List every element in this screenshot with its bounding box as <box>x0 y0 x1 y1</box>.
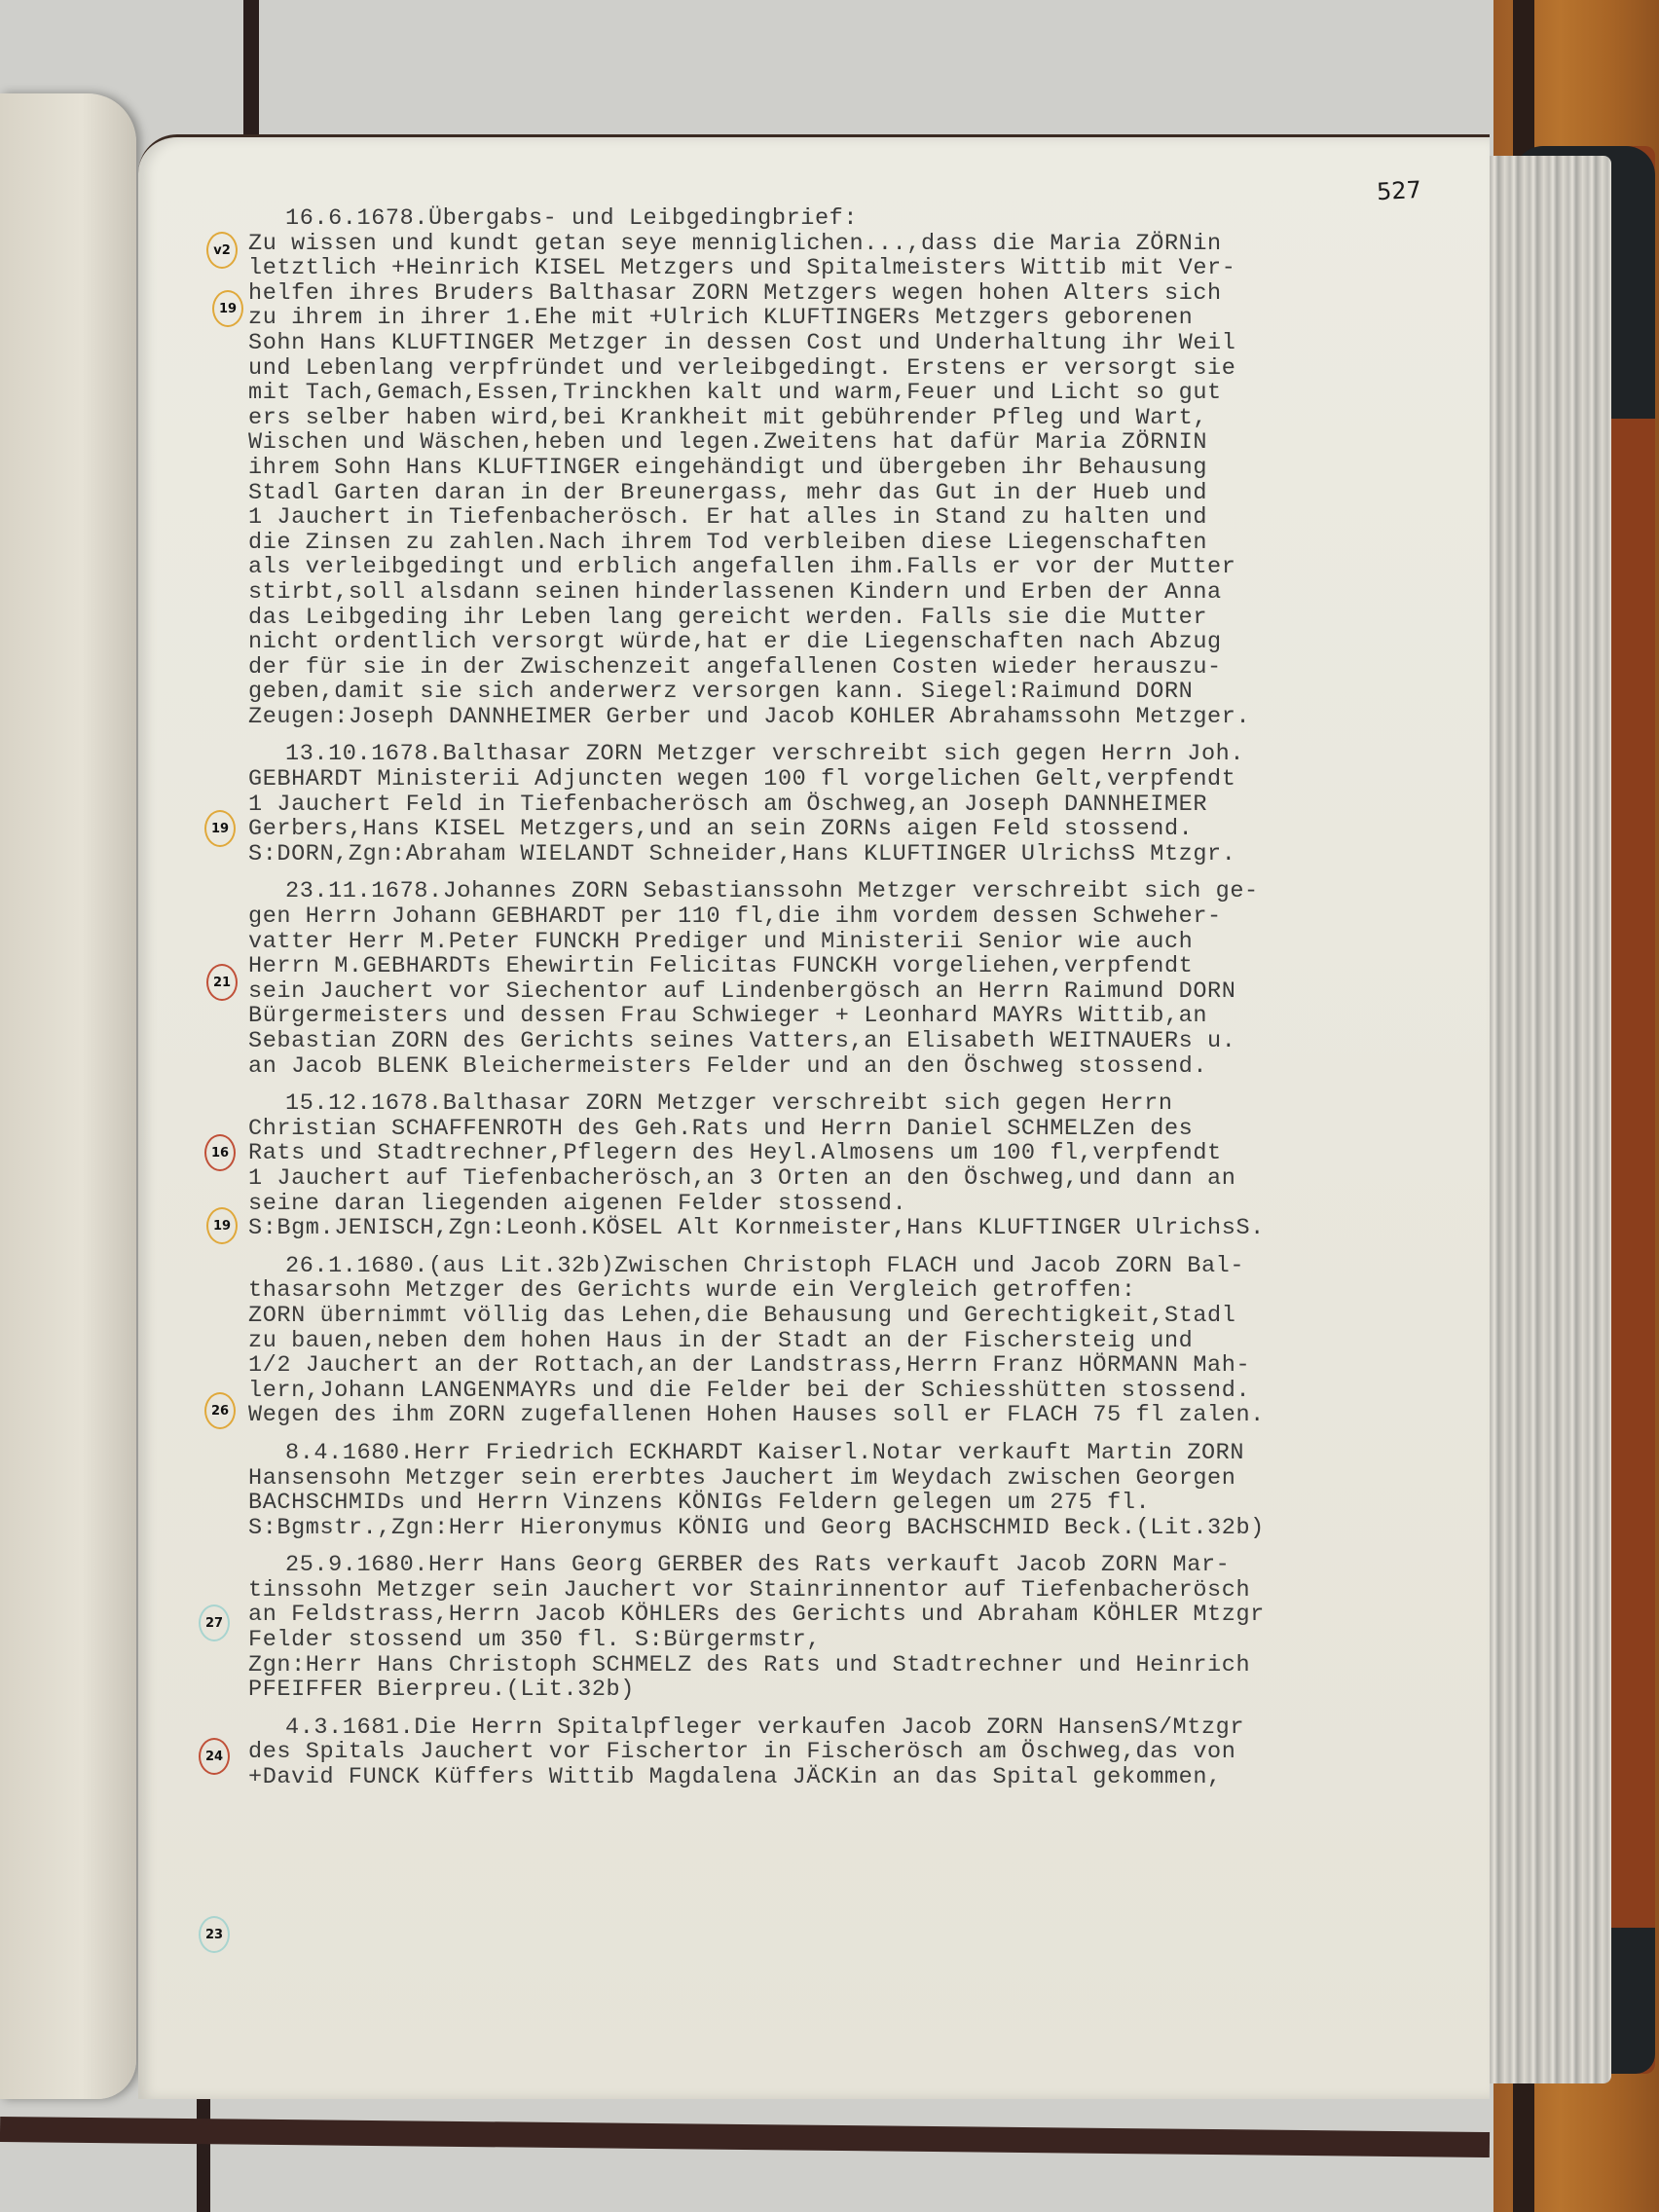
text-line: Sebastian ZORN des Gerichts seines Vatte… <box>248 1029 1475 1054</box>
entry-1680-09-25: 25.9.1680.Herr Hans Georg GERBER des Rat… <box>248 1553 1475 1703</box>
text-line: nicht ordentlich versorgt würde,hat er d… <box>248 630 1475 655</box>
text-line: S:Bgmstr.,Zgn:Herr Hieronymus KÖNIG und … <box>248 1516 1475 1541</box>
text-line: der für sie in der Zwischenzeit angefall… <box>248 655 1475 681</box>
margin-marker: 24 <box>199 1738 230 1775</box>
text-line: 1/2 Jauchert an der Rottach,an der Lands… <box>248 1353 1475 1379</box>
text-line: gen Herrn Johann GEBHARDT per 110 fl,die… <box>248 904 1475 930</box>
book-page-edges <box>1485 156 1611 2083</box>
text-line: thasarsohn Metzger des Gerichts wurde ei… <box>248 1278 1475 1304</box>
text-line: 1 Jauchert auf Tiefenbacherösch,an 3 Ort… <box>248 1166 1475 1192</box>
text-line: als verleibgedingt und erblich angefalle… <box>248 555 1475 580</box>
margin-marker: 23 <box>199 1916 230 1953</box>
margin-marker: 21 <box>206 964 238 1001</box>
entry-heading: 13.10.1678.Balthasar ZORN Metzger versch… <box>248 742 1475 767</box>
entry-1678-12-15: 15.12.1678.Balthasar ZORN Metzger versch… <box>248 1091 1475 1241</box>
text-line: geben,damit sie sich anderwerz versorgen… <box>248 680 1475 705</box>
text-line: S:Bgm.JENISCH,Zgn:Leonh.KÖSEL Alt Kornme… <box>248 1216 1475 1241</box>
entry-1680-01-26: 26.1.1680.(aus Lit.32b)Zwischen Christop… <box>248 1254 1475 1428</box>
text-line: Bürgermeisters und dessen Frau Schwieger… <box>248 1004 1475 1029</box>
text-line: Wegen des ihm ZORN zugefallenen Hohen Ha… <box>248 1403 1475 1428</box>
tile-grout <box>243 0 259 136</box>
text-line: an Jacob BLENK Bleichermeisters Felder u… <box>248 1054 1475 1080</box>
text-line: des Spitals Jauchert vor Fischertor in F… <box>248 1740 1475 1765</box>
text-line: ers selber haben wird,bei Krankheit mit … <box>248 406 1475 431</box>
text-line: +David FUNCK Küffers Wittib Magdalena JÄ… <box>248 1765 1475 1790</box>
entry-heading: 4.3.1681.Die Herrn Spitalpfleger verkauf… <box>248 1715 1475 1741</box>
margin-marker: 19 <box>204 810 236 847</box>
entry-1678-06-16: 16.6.1678.Übergabs- und Leibgedingbrief:… <box>248 206 1475 729</box>
text-line: vatter Herr M.Peter FUNCKH Prediger und … <box>248 930 1475 955</box>
text-line: tinssohn Metzger sein Jauchert vor Stain… <box>248 1578 1475 1604</box>
entry-heading: 15.12.1678.Balthasar ZORN Metzger versch… <box>248 1091 1475 1117</box>
text-line: 1 Jauchert Feld in Tiefenbacherösch am Ö… <box>248 793 1475 818</box>
margin-marker: 19 <box>206 1207 238 1244</box>
text-line: ihrem Sohn Hans KLUFTINGER eingehändigt … <box>248 456 1475 481</box>
text-line: stirbt,soll alsdann seinen hinderlassene… <box>248 580 1475 606</box>
text-line: Zu wissen und kundt getan seye menniglic… <box>248 232 1475 257</box>
left-page <box>0 93 136 2099</box>
text-line: helfen ihres Bruders Balthasar ZORN Metz… <box>248 281 1475 307</box>
entry-heading: 25.9.1680.Herr Hans Georg GERBER des Rat… <box>248 1553 1475 1578</box>
text-line: seine daran liegenden aigenen Felder sto… <box>248 1192 1475 1217</box>
text-line: Rats und Stadtrechner,Pflegern des Heyl.… <box>248 1141 1475 1166</box>
text-line: 1 Jauchert in Tiefenbacherösch. Er hat a… <box>248 505 1475 531</box>
margin-marker: 19 <box>212 290 243 327</box>
text-line: Herrn M.GEBHARDTs Ehewirtin Felicitas FU… <box>248 954 1475 979</box>
margin-marker: 16 <box>204 1134 236 1171</box>
text-line: S:DORN,Zgn:Abraham WIELANDT Schneider,Ha… <box>248 842 1475 867</box>
text-line: zu ihrem in ihrer 1.Ehe mit +Ulrich KLUF… <box>248 306 1475 331</box>
text-line: Felder stossend um 350 fl. S:Bürgermstr, <box>248 1628 1475 1653</box>
entry-heading: 8.4.1680.Herr Friedrich ECKHARDT Kaiserl… <box>248 1441 1475 1466</box>
entry-heading: 23.11.1678.Johannes ZORN Sebastianssohn … <box>248 879 1475 904</box>
entry-1678-10-13: 13.10.1678.Balthasar ZORN Metzger versch… <box>248 742 1475 866</box>
text-line: und Lebenlang verpfründet und verleibged… <box>248 356 1475 382</box>
text-line: an Feldstrass,Herrn Jacob KÖHLERs des Ge… <box>248 1603 1475 1628</box>
text-line: die Zinsen zu zahlen.Nach ihrem Tod verb… <box>248 531 1475 556</box>
entry-heading: 16.6.1678.Übergabs- und Leibgedingbrief: <box>248 206 1475 232</box>
text-line: zu bauen,neben dem hohen Haus in der Sta… <box>248 1329 1475 1354</box>
tile-grout <box>0 2117 1490 2157</box>
document-body: 16.6.1678.Übergabs- und Leibgedingbrief:… <box>248 206 1475 1803</box>
text-line: BACHSCHMIDs und Herrn Vinzens KÖNIGs Fel… <box>248 1491 1475 1516</box>
text-line: Zeugen:Joseph DANNHEIMER Gerber und Jaco… <box>248 705 1475 730</box>
entry-1678-11-23: 23.11.1678.Johannes ZORN Sebastianssohn … <box>248 879 1475 1079</box>
text-line: PFEIFFER Bierpreu.(Lit.32b) <box>248 1677 1475 1703</box>
text-line: sein Jauchert vor Siechentor auf Lindenb… <box>248 979 1475 1005</box>
text-line: Wischen und Wäschen,heben und legen.Zwei… <box>248 430 1475 456</box>
page-number: 527 <box>1376 176 1421 205</box>
margin-marker: 26 <box>204 1392 236 1429</box>
text-line: Sohn Hans KLUFTINGER Metzger in dessen C… <box>248 331 1475 356</box>
text-line: lern,Johann LANGENMAYRs und die Felder b… <box>248 1379 1475 1404</box>
entry-1680-04-08: 8.4.1680.Herr Friedrich ECKHARDT Kaiserl… <box>248 1441 1475 1540</box>
text-line: ZORN übernimmt völlig das Lehen,die Beha… <box>248 1304 1475 1329</box>
text-line: Gerbers,Hans KISEL Metzgers,und an sein … <box>248 817 1475 842</box>
text-line: Zgn:Herr Hans Christoph SCHMELZ des Rats… <box>248 1653 1475 1678</box>
margin-marker: 27 <box>199 1604 230 1641</box>
margin-marker: v2 <box>206 232 238 269</box>
entry-heading: 26.1.1680.(aus Lit.32b)Zwischen Christop… <box>248 1254 1475 1279</box>
text-line: mit Tach,Gemach,Essen,Trinckhen kalt und… <box>248 381 1475 406</box>
text-line: Christian SCHAFFENROTH des Geh.Rats und … <box>248 1117 1475 1142</box>
text-line: das Leibgeding ihr Leben lang gereicht w… <box>248 606 1475 631</box>
text-line: GEBHARDT Ministerii Adjuncten wegen 100 … <box>248 767 1475 793</box>
text-line: Stadl Garten daran in der Breunergass, m… <box>248 481 1475 506</box>
text-line: Hansensohn Metzger sein ererbtes Jaucher… <box>248 1466 1475 1492</box>
text-line: letztlich +Heinrich KISEL Metzgers und S… <box>248 256 1475 281</box>
entry-1681-03-04: 4.3.1681.Die Herrn Spitalpfleger verkauf… <box>248 1715 1475 1790</box>
